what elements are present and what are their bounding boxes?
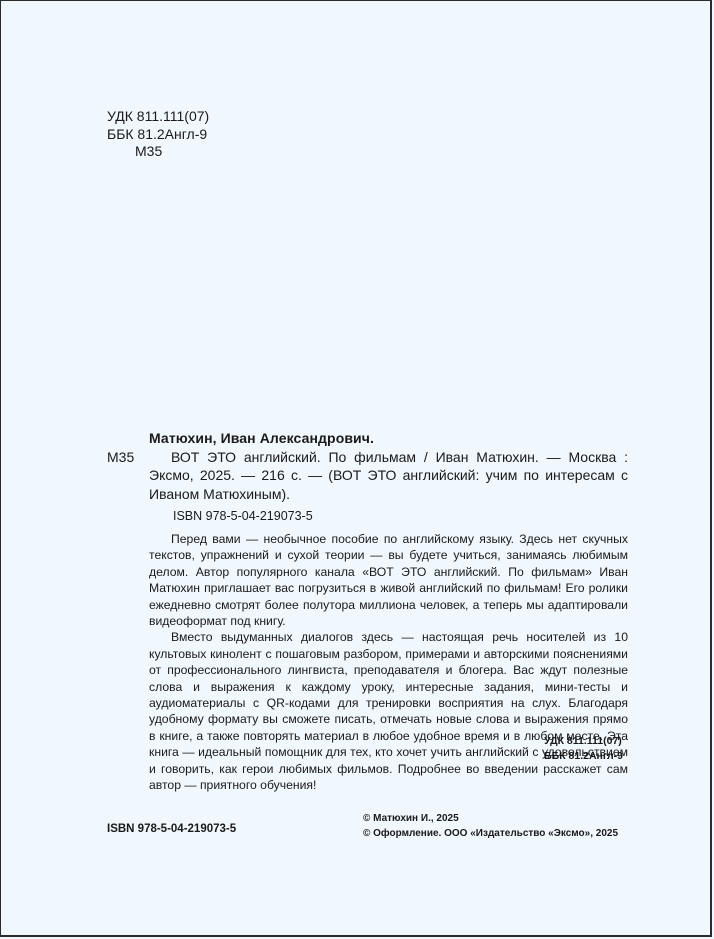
copyright-block: © Матюхин И., 2025 © Оформление. ООО «Из… [363,811,618,841]
udk-code: УДК 811.111(07) [107,108,209,126]
annotation-paragraph: Вместо выдуманных диалогов здесь — насто… [149,629,628,793]
entry-isbn: ISBN 978-5-04-219073-5 [173,509,313,523]
annotation-paragraph: Перед вами — необычное пособие по англий… [149,531,628,629]
classification-codes-bottom: УДК 811.111(07) ББК 81.2Англ-9 [544,734,623,763]
author-sign: М35 [107,143,209,161]
imprint-page: УДК 811.111(07) ББК 81.2Англ-9 М35 М35 М… [0,0,712,937]
copyright-design: © Оформление. ООО «Издательство «Эксмо»,… [363,826,618,841]
classification-codes-top: УДК 811.111(07) ББК 81.2Англ-9 М35 [107,108,209,161]
entry-author-sign: М35 [107,448,134,466]
udk-code-bottom: УДК 811.111(07) [544,734,623,749]
bbk-code: ББК 81.2Англ-9 [107,126,209,144]
copyright-author: © Матюхин И., 2025 [363,811,618,826]
bbk-code-bottom: ББК 81.2Англ-9 [544,749,623,764]
entry-author: Матюхин, Иван Александрович. [149,429,628,448]
entry-title-statement: ВОТ ЭТО английский. По фильмам / Иван Ма… [149,448,628,504]
footer-isbn: ISBN 978-5-04-219073-5 [107,823,236,835]
bibliographic-entry: Матюхин, Иван Александрович. ВОТ ЭТО анг… [149,429,628,503]
